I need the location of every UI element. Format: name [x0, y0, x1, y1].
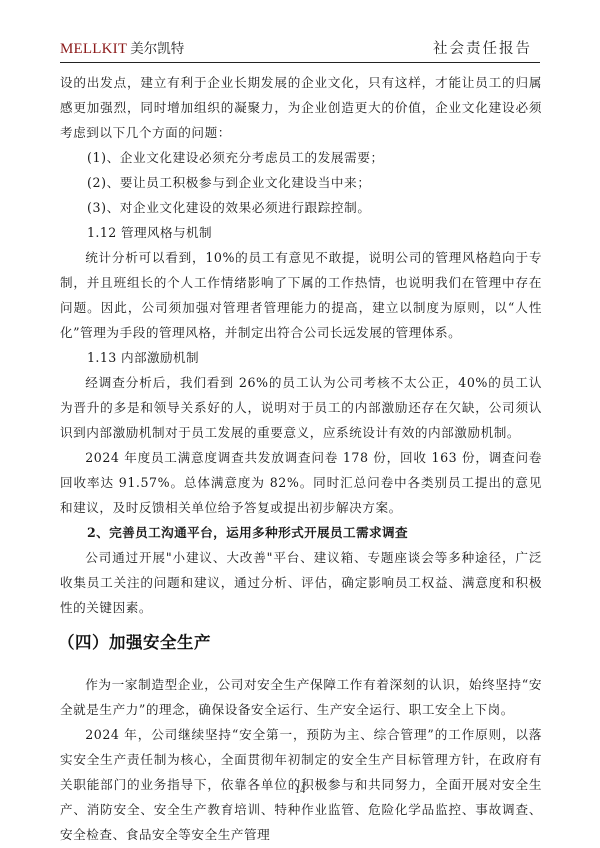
- subsection-title-communication-platform: 2、完善员工沟通平台，运用多种形式开展员工需求调查: [60, 520, 542, 545]
- safety-philosophy-paragraph: 作为一家制造型企业，公司对安全生产保障工作有着深刻的认识，始终坚持“安全就是生产…: [60, 672, 542, 722]
- management-style-paragraph: 统计分析可以看到，10%的员工有意见不敢提，说明公司的管理风格趋向于专制，并且班…: [60, 245, 542, 345]
- page-header: MELLKIT美尔凯特 社会责任报告: [60, 36, 540, 63]
- list-item: (3)、对企业文化建设的效果必须进行跟踪控制。: [60, 195, 542, 220]
- subsection-title-management-style: 1.12 管理风格与机制: [60, 220, 542, 245]
- brand-name-chinese: 美尔凯特: [130, 41, 184, 57]
- section-heading-safety-production: （四）加强安全生产: [58, 629, 542, 657]
- report-title: 社会责任报告: [433, 37, 532, 58]
- brand-name-english: MELLKIT: [60, 41, 127, 57]
- page-number: 14: [0, 785, 600, 796]
- list-item: (2)、要让员工积极参与到企业文化建设当中来；: [60, 170, 542, 195]
- company-brand: MELLKIT美尔凯特: [60, 39, 184, 58]
- page-content: 设的出发点，建立有利于企业长期发展的企业文化，只有这样，才能让员工的归属感更加强…: [60, 70, 542, 847]
- list-item: (1)、企业文化建设必须充分考虑员工的发展需要；: [60, 145, 542, 170]
- intro-paragraph: 设的出发点，建立有利于企业长期发展的企业文化，只有这样，才能让员工的归属感更加强…: [60, 70, 542, 145]
- communication-platform-paragraph: 公司通过开展"小建议、大改善"平台、建议箱、专题座谈会等多种途径，广泛收集员工关…: [60, 545, 542, 620]
- satisfaction-survey-paragraph: 2024 年度员工满意度调查共发放调查问卷 178 份，回收 163 份，调查问…: [60, 445, 542, 520]
- internal-incentive-paragraph: 经调查分析后，我们看到 26%的员工认为公司考核不太公正，40%的员工认为晋升的…: [60, 370, 542, 445]
- subsection-title-internal-incentive: 1.13 内部激励机制: [60, 345, 542, 370]
